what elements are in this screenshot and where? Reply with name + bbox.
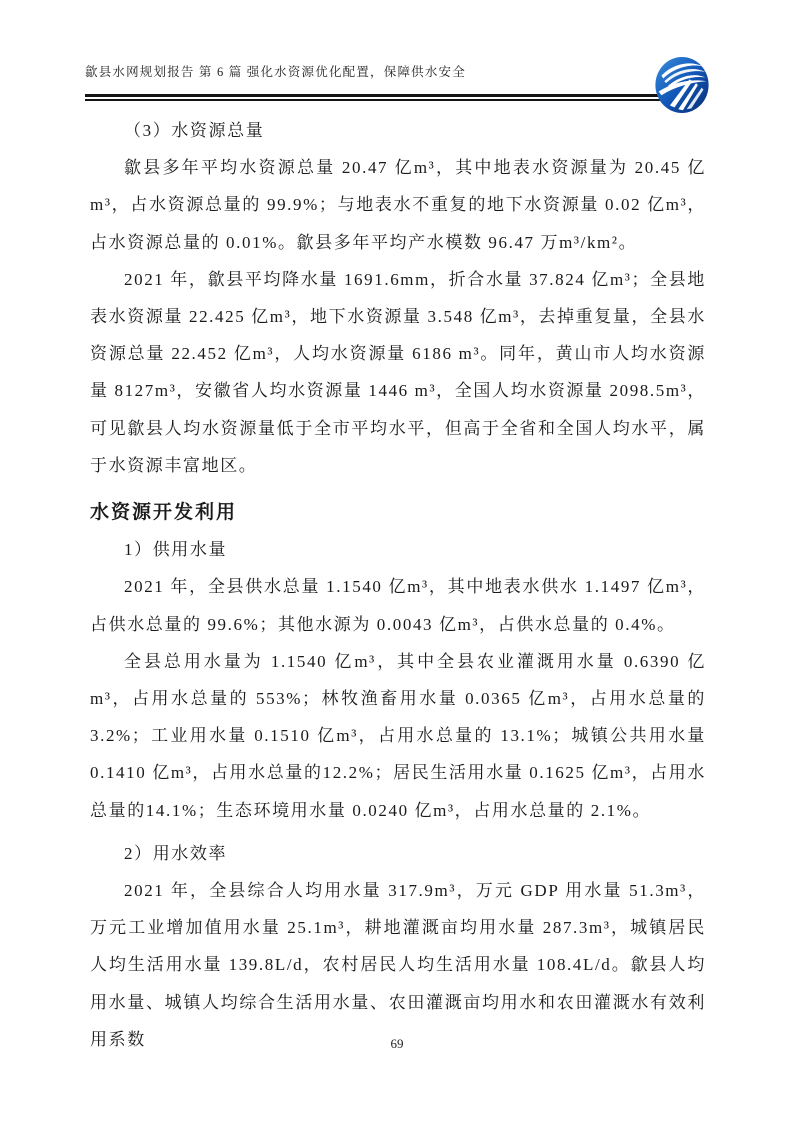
document-body: （3）水资源总量 歙县多年平均水资源总量 20.47 亿m³，其中地表水资源量为… [90, 112, 706, 1058]
subheading-water-supply-use: 1）供用水量 [90, 531, 706, 568]
header-running-title: 歙县水网规划报告 第 6 篇 强化水资源优化配置，保障供水安全 [85, 62, 466, 80]
page-footer: 69 [0, 1036, 794, 1052]
document-page: 歙县水网规划报告 第 6 篇 强化水资源优化配置，保障供水安全 [0, 0, 794, 1122]
subheading-water-efficiency: 2）用水效率 [90, 835, 706, 872]
paragraph-water-supply-2: 全县总用水量为 1.1540 亿m³，其中全县农业灌溉用水量 0.6390 亿m… [90, 643, 706, 829]
section-heading-water-development: 水资源开发利用 [90, 494, 706, 531]
heading-water-resources-total: （3）水资源总量 [90, 112, 706, 149]
header-rule [85, 94, 661, 101]
paragraph-water-total-1: 歙县多年平均水资源总量 20.47 亿m³，其中地表水资源量为 20.45 亿m… [90, 149, 706, 261]
paragraph-water-efficiency-1: 2021 年，全县综合人均用水量 317.9m³，万元 GDP 用水量 51.3… [90, 872, 706, 1058]
paragraph-water-supply-1: 2021 年，全县供水总量 1.1540 亿m³，其中地表水供水 1.1497 … [90, 568, 706, 642]
report-logo-icon [654, 56, 710, 114]
paragraph-water-total-2: 2021 年，歙县平均降水量 1691.6mm，折合水量 37.824 亿m³；… [90, 261, 706, 484]
page-number: 69 [391, 1036, 404, 1051]
